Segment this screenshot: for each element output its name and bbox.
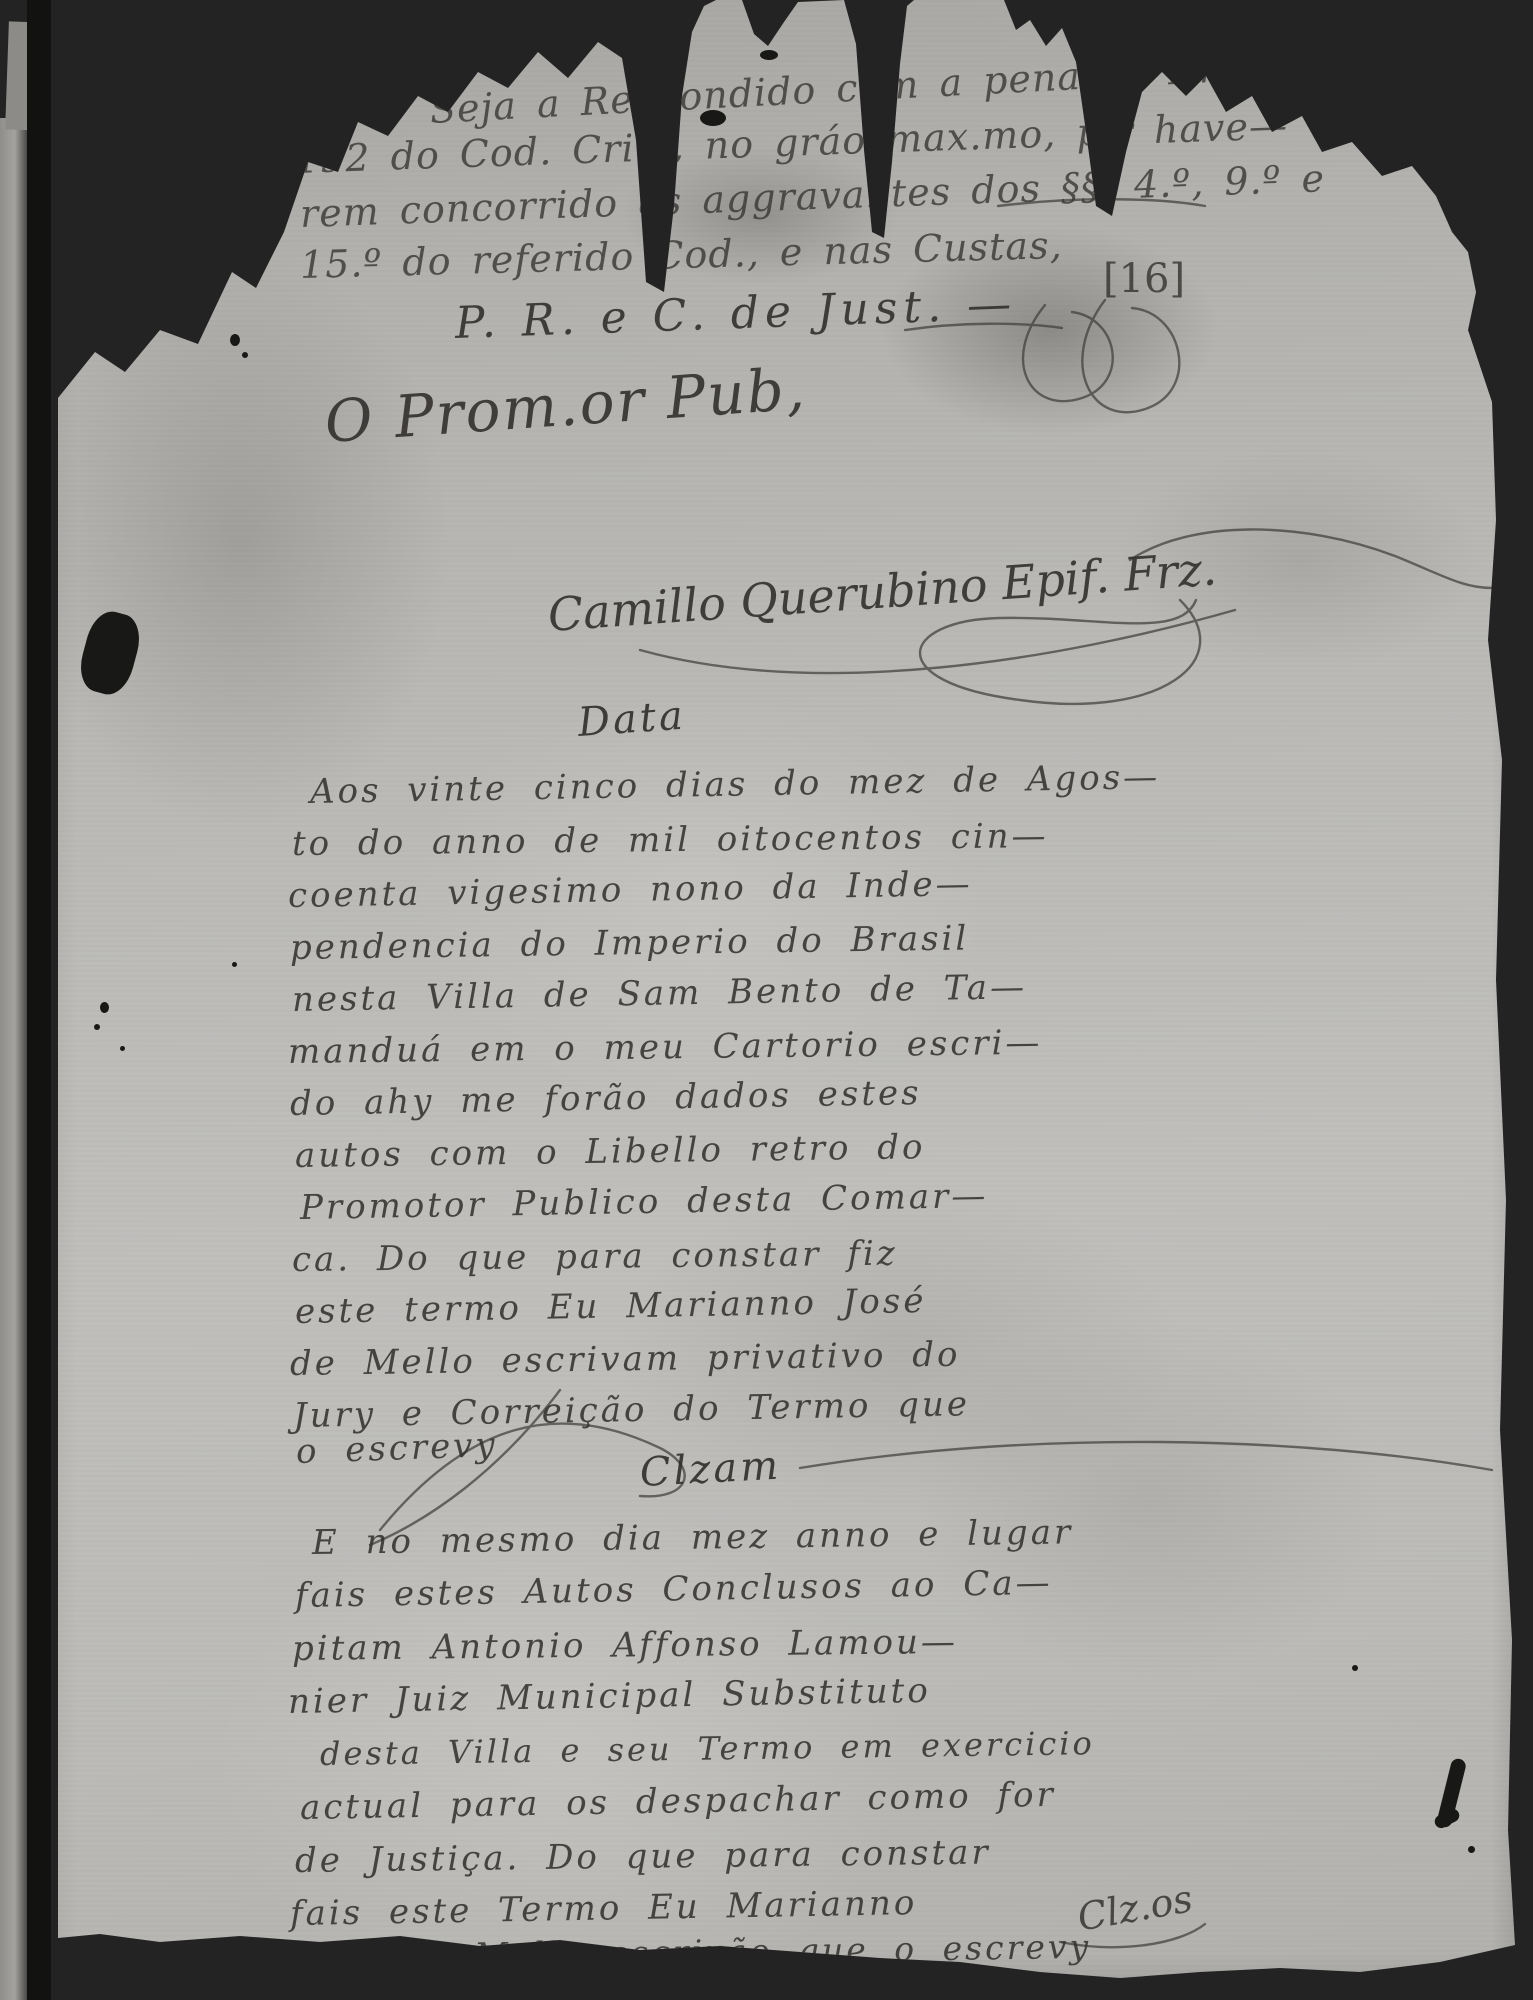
ink-blot xyxy=(113,340,118,347)
handwritten-line: fais este Termo Eu Marianno xyxy=(290,1883,918,1934)
ink-blot xyxy=(232,962,237,967)
scanned-page: Seja a Respondido com a pena do Art.º 19… xyxy=(0,0,1533,2000)
handwritten-line: manduá em o meu Cartorio escri— xyxy=(288,1023,1043,1072)
ink-blot xyxy=(94,1024,100,1030)
ink-blot xyxy=(1352,1665,1358,1671)
signer-role-line: O Prom.or Pub, xyxy=(323,354,809,455)
handwritten-line: de Justiça. Do que para constar xyxy=(295,1833,991,1881)
handwritten-line: do ahy me forão dados estes xyxy=(290,1073,922,1124)
section-heading-data: Data xyxy=(576,693,687,746)
ink-blot xyxy=(100,1002,109,1013)
ink-blot xyxy=(104,310,108,314)
catchword: Clz.os xyxy=(1074,1876,1196,1939)
handwritten-line: autos com o Libello retro do xyxy=(295,1127,926,1176)
handwritten-line: pendencia do Imperio do Brasil xyxy=(290,919,970,968)
handwritten-line: nier Juiz Municipal Substituto xyxy=(288,1671,931,1722)
folio-number: [16] xyxy=(1103,256,1185,302)
ink-blot xyxy=(1468,1846,1475,1853)
handwritten-line: coenta vigesimo nono da Inde— xyxy=(288,864,973,916)
ink-blot xyxy=(242,352,248,358)
book-spine-gap xyxy=(27,0,51,2000)
handwritten-line: pitam Antonio Affonso Lamou— xyxy=(292,1622,958,1669)
closing-formula-line: P. R. e C. de Just. — xyxy=(454,278,1018,349)
handwritten-line: José de Mello escrivão que o escrevy xyxy=(295,1927,1092,1977)
ink-blot xyxy=(120,1046,125,1051)
handwritten-line: este termo Eu Marianno José xyxy=(295,1281,927,1332)
ink-blot xyxy=(230,334,240,346)
handwritten-line: E no mesmo dia mez anno e lugar xyxy=(312,1512,1074,1563)
handwritten-line: Aos vinte cinco dias do mez de Agos— xyxy=(310,757,1161,812)
handwritten-line: nesta Villa de Sam Bento de Ta— xyxy=(292,967,1028,1020)
manuscript-paper: Seja a Respondido com a pena do Art.º 19… xyxy=(0,0,1533,2000)
handwritten-line: 15.º do referido Cod., e nas Custas, xyxy=(299,223,1063,287)
handwritten-line: de Mello escrivam privativo do xyxy=(290,1335,961,1384)
handwritten-line: o escrevy xyxy=(295,1425,498,1472)
paper-hole xyxy=(74,607,145,700)
paper-hole xyxy=(760,50,778,60)
handwritten-line: ca. Do que para constar fiz xyxy=(292,1234,898,1280)
section-heading-conclusao: Clzam xyxy=(639,1443,782,1496)
handwritten-line: Promotor Publico desta Comar— xyxy=(300,1176,989,1228)
handwritten-line: actual para os despachar como for xyxy=(300,1775,1056,1828)
adjacent-page-edge xyxy=(0,118,27,2000)
handwritten-line: fais estes Autos Conclusos ao Ca— xyxy=(295,1563,1053,1616)
paper-hole xyxy=(700,110,726,126)
handwritten-line: desta Villa e seu Termo em exercicio xyxy=(320,1724,1095,1773)
ink-blot xyxy=(108,282,115,291)
handwritten-line: to do anno de mil oitocentos cin— xyxy=(292,816,1049,864)
signature: Camillo Querubino Epif. Frz. xyxy=(546,541,1218,642)
